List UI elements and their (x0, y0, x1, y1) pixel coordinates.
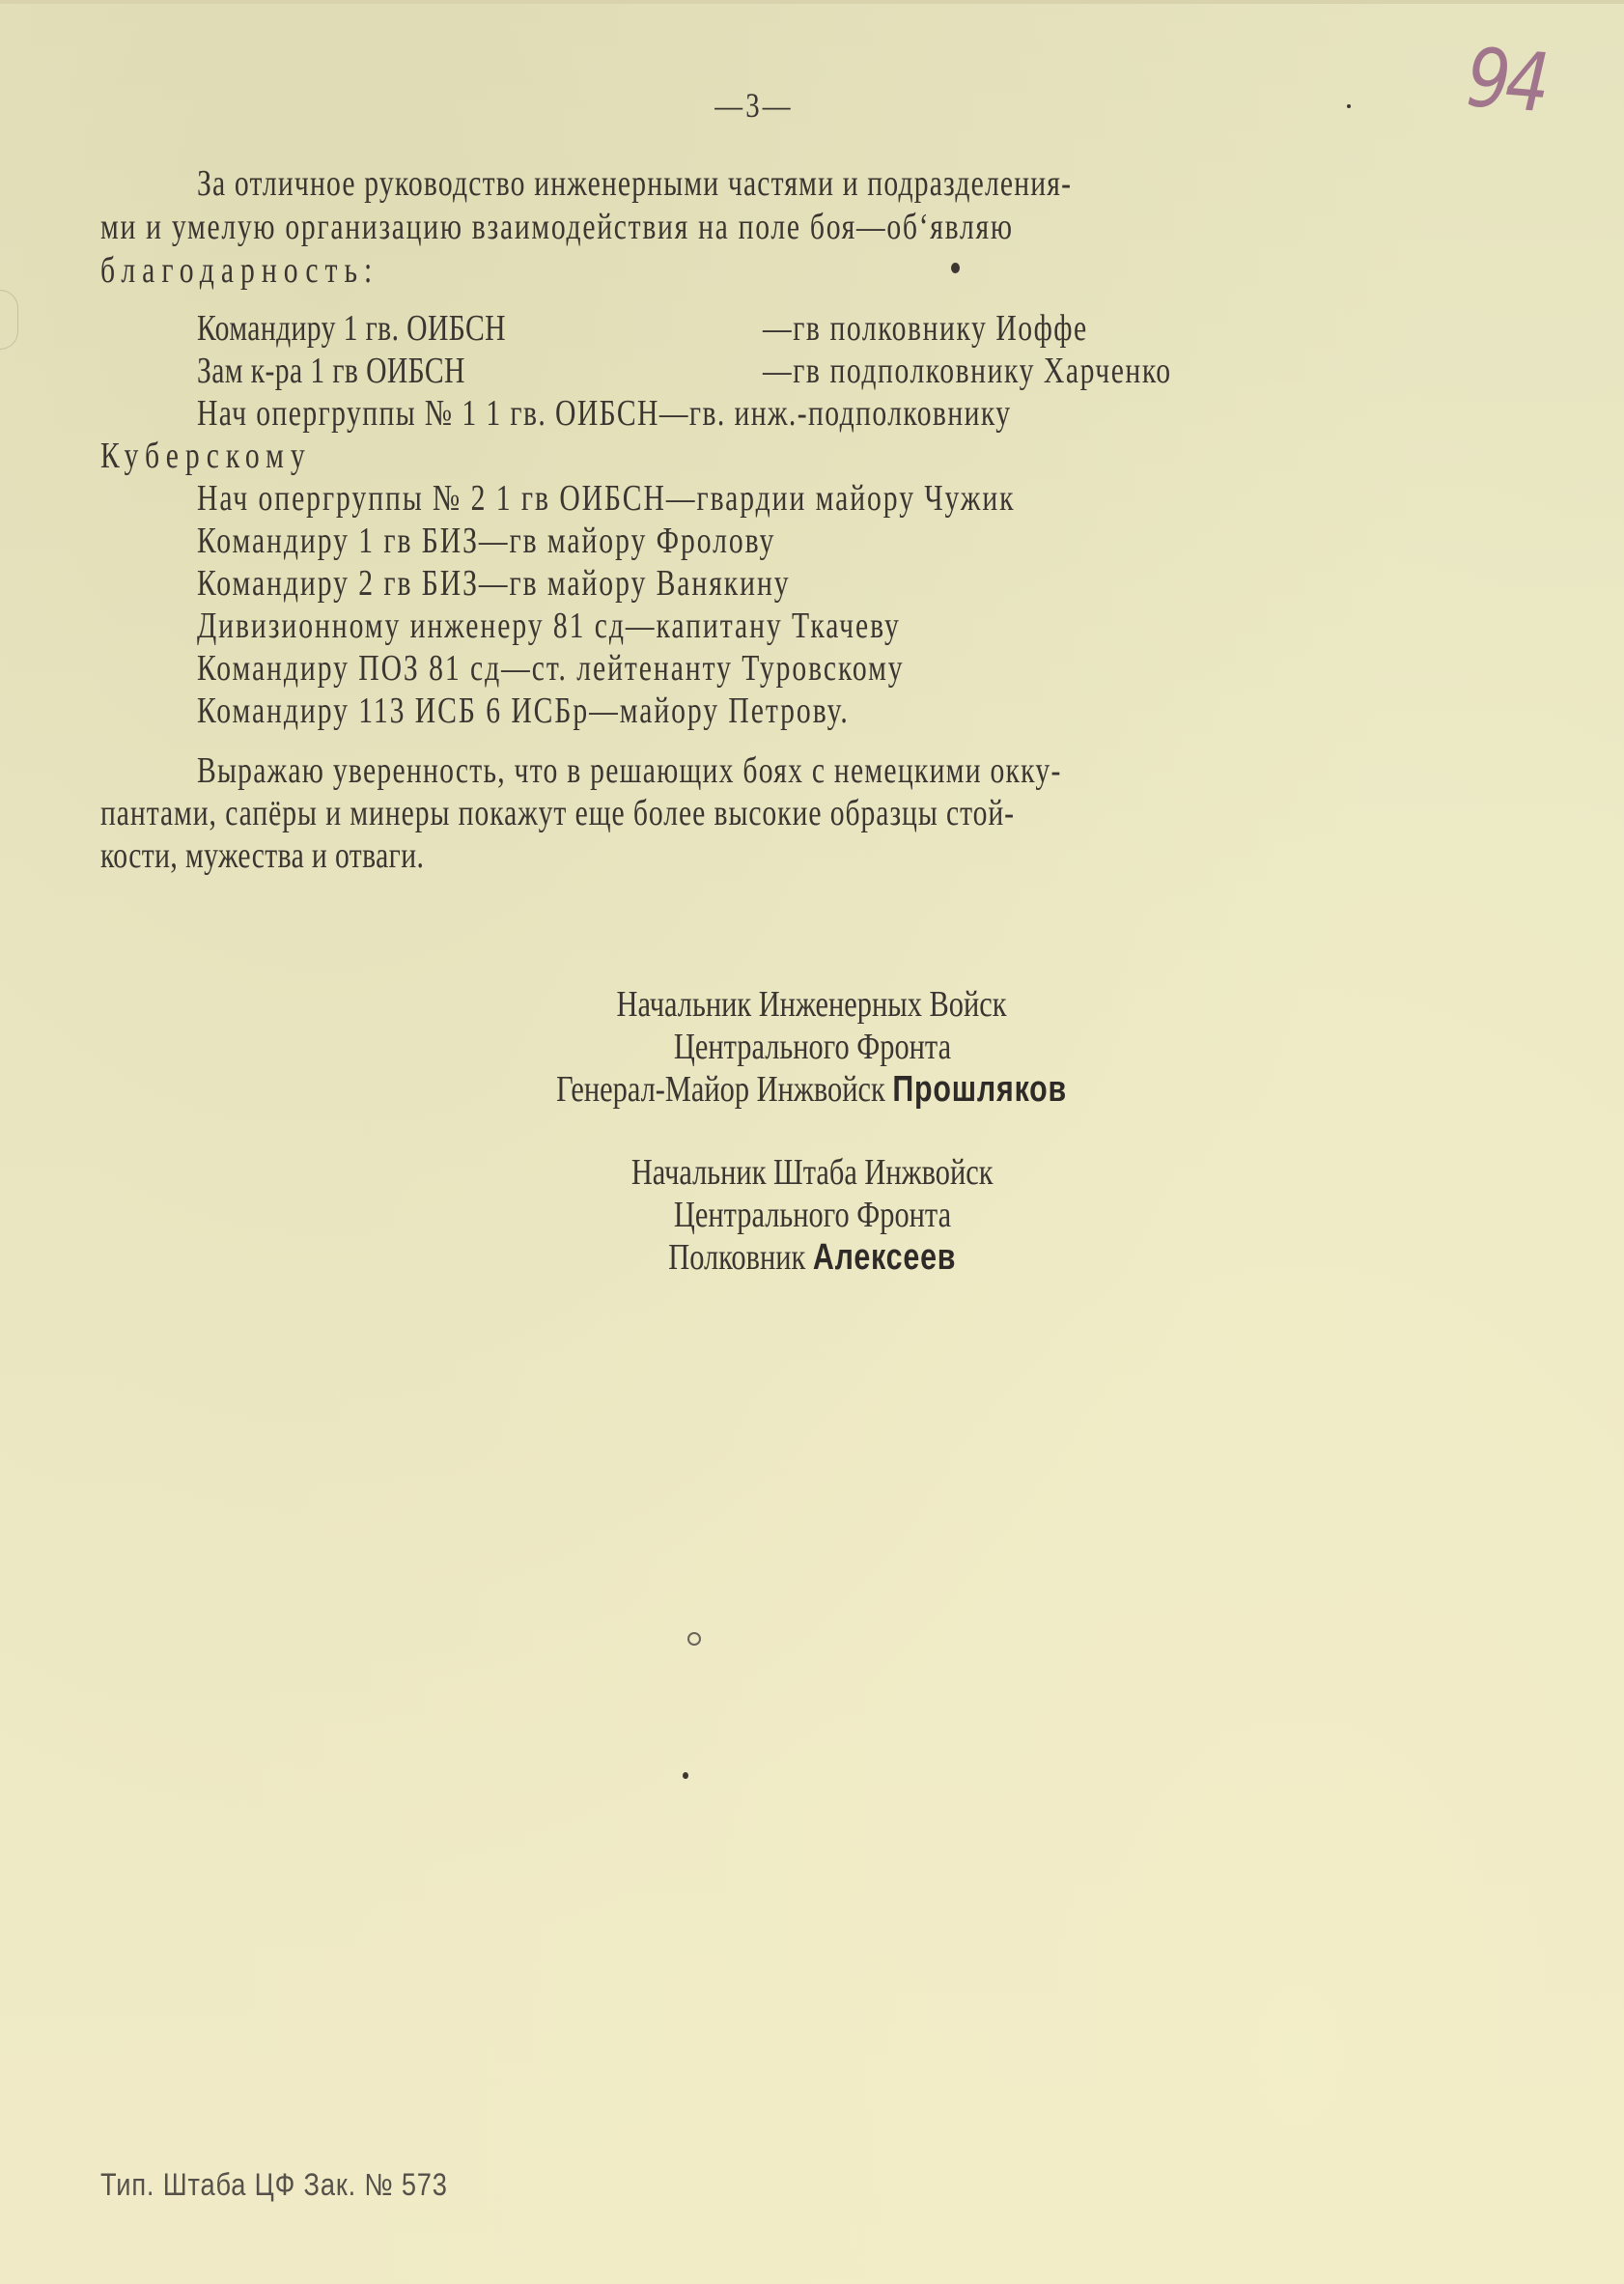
archive-folio-number: 94 (1464, 30, 1547, 130)
commendation-continuation: Куберскому (100, 435, 312, 477)
commendation-recipient: Нач опергруппы № 2 1 гв ОИБСН—гвардии ма… (197, 477, 1016, 520)
intro-line-2: ми и умелую организацию взаимодействия н… (100, 206, 1014, 248)
closing-line-1: Выражаю уверенность, что в решающих боях… (197, 749, 1062, 792)
commendation-recipient: Дивизионному инженеру 81 сд—капитану Тка… (197, 605, 901, 647)
ink-speck (951, 263, 960, 273)
binder-hole-mark (0, 290, 18, 350)
commendation-recipient: Нач опергруппы № 1 1 гв. ОИБСН—гв. инж.-… (197, 392, 1011, 435)
signature-rank: Полковник (668, 1237, 805, 1278)
intro-line-1: За отличное руководство инженерными част… (197, 162, 1072, 205)
signature-name: Прошляков (893, 1069, 1068, 1110)
commendation-rank-name: —гв подполковнику Харченко (763, 350, 1172, 392)
commendation-recipient: Командиру 113 ИСБ 6 ИСБр—майору Петрову. (197, 690, 850, 732)
ink-speck (1347, 104, 1351, 108)
commendation-recipient: Зам к-ра 1 гв ОИБСН (197, 350, 465, 392)
page-number: —3— (714, 85, 794, 126)
signature-rank-and-name: Генерал-Майор Инжвойск Прошляков (557, 1068, 1068, 1111)
signature-title-line: Начальник Инженерных Войск (617, 983, 1007, 1026)
commendation-recipient: Командиру 1 гв БИЗ—гв майору Фролову (197, 520, 775, 562)
closing-line-2: пантами, сапёры и минеры покажут еще бол… (100, 792, 1015, 834)
signature-title-line: Центрального Фронта (673, 1194, 950, 1236)
commendation-recipient: Командиру 2 гв БИЗ—гв майору Ванякину (197, 562, 791, 605)
paper-defect-mark (687, 1632, 701, 1646)
closing-line-3: кости, мужества и отваги. (100, 834, 424, 877)
commendation-recipient: Командиру ПОЗ 81 сд—ст. лейтенанту Туров… (197, 647, 905, 690)
signature-block-chief-engineer: Начальник Инженерных Войск Центрального … (0, 983, 1624, 1111)
signature-rank: Генерал-Майор Инжвойск (557, 1069, 886, 1110)
signature-title-line: Начальник Штаба Инжвойск (631, 1151, 994, 1194)
signature-rank-and-name: Полковник Алексеев (668, 1236, 956, 1279)
signature-block-chief-of-staff: Начальник Штаба Инжвойск Центрального Фр… (0, 1151, 1624, 1279)
intro-line-3: благодарность: (100, 249, 378, 292)
commendation-recipient: Командиру 1 гв. ОИБСН (197, 307, 506, 350)
signature-name: Алексеев (813, 1237, 956, 1278)
ink-speck (683, 1772, 688, 1779)
printer-imprint: Тип. Штаба ЦФ Зак. № 573 (100, 2167, 448, 2203)
commendation-rank-name: —гв полковнику Иоффе (763, 307, 1088, 350)
signature-title-line: Центрального Фронта (673, 1026, 950, 1068)
page-top-edge (0, 0, 1624, 4)
